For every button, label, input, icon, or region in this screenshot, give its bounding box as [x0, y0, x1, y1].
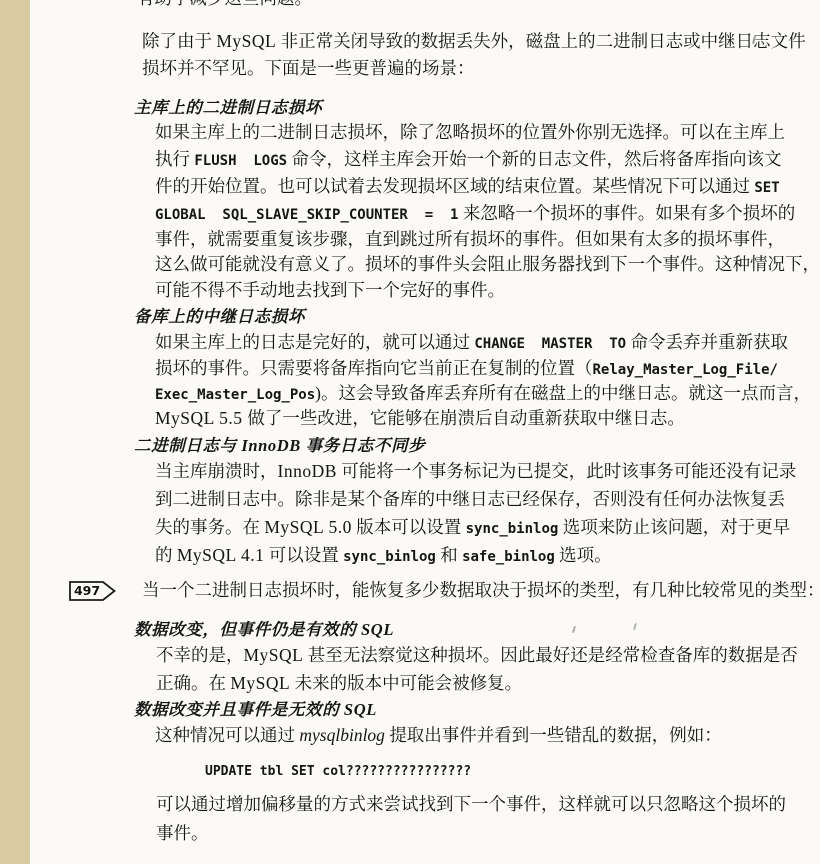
- cjk-text: 做了一些改进，它能够在崩溃后自动重新获取中继日志。: [247, 408, 685, 428]
- text-line: 的 MySQL 4.1 可以设置 sync_binlog 和 safe_binl…: [155, 545, 612, 568]
- inline-code: CHANGE MASTER TO: [474, 336, 626, 352]
- cjk-text: 未来的版本中可能会被修复。: [290, 673, 522, 693]
- inline-code: SET: [754, 180, 779, 196]
- cjk-text: 非正常关闭导致的数据丢失外，磁盘上的二进制日志或中继日志文件: [276, 31, 805, 51]
- section-heading: 主库上的二进制日志损坏: [134, 97, 322, 118]
- cjk-text: 数据改变，但事件仍是有效的 SQL: [134, 620, 394, 639]
- cjk-text: 甚至无法察觉这种损坏。因此最好还是经常检查备库的数据是否: [303, 645, 797, 665]
- cjk-text: 损坏并不罕见。下面是一些更普遍的场景：: [142, 58, 475, 78]
- text-line: 到二进制日志中。除非是某个备库的中继日志已经保存，否则没有任何办法恢复丢: [155, 489, 785, 510]
- cjk-text: 备库上的中继日志损坏: [134, 307, 305, 326]
- text-line: 当一个二进制日志损坏时，能恢复多少数据取决于损坏的类型，有几种比较常见的类型：: [142, 580, 820, 601]
- cjk-text: 有助于减少这些问题。: [137, 0, 312, 8]
- inline-code: sync_binlog: [343, 549, 436, 565]
- text-line: 当主库崩溃时，InnoDB 可能将一个事务标记为已提交，此时该事务可能还没有记录: [155, 461, 796, 482]
- inline-code: Relay_Master_Log_File/: [593, 362, 778, 378]
- latin-text: MySQL 5.5: [155, 408, 247, 428]
- section-heading: 二进制日志与 InnoDB 事务日志不同步: [134, 435, 425, 456]
- cjk-text: 当一个二进制日志损坏时，能恢复多少数据取决于损坏的类型，有几种比较常见的类型：: [142, 580, 820, 600]
- cjk-text: 损坏的事件。只需要将备库指向它当前正在复制的位置（: [155, 358, 593, 378]
- text-line: Exec_Master_Log_Pos)。这会导致备库丢弃所有在磁盘上的中继日志…: [155, 383, 811, 406]
- cjk-text: 二进制日志与 InnoDB 事务日志不同步: [134, 436, 425, 455]
- latin-text: MySQL 5.0: [264, 517, 351, 537]
- page-number: 497: [69, 581, 105, 601]
- inline-code: safe_binlog: [462, 549, 555, 565]
- latin-text: MySQL: [230, 673, 290, 693]
- text-line: 不幸的是，MySQL 甚至无法察觉这种损坏。因此最好还是经常检查备库的数据是否: [156, 645, 798, 666]
- book-page: 有助于减少这些问题。除了由于 MySQL 非正常关闭导致的数据丢失外，磁盘上的二…: [0, 0, 820, 864]
- cjk-text: 到二进制日志中。除非是某个备库的中继日志已经保存，否则没有任何办法恢复丢: [155, 489, 785, 509]
- cjk-text: 如果主库上的二进制日志损坏，除了忽略损坏的位置外你别无选择。可以在主库上: [155, 122, 785, 142]
- section-heading: 数据改变并且事件是无效的 SQL: [134, 699, 377, 720]
- cjk-text: 失的事务。在: [155, 517, 264, 537]
- cjk-text: 不幸的是，: [156, 645, 244, 665]
- cjk-text: 主库上的二进制日志损坏: [134, 98, 322, 117]
- text-line: GLOBAL SQL_SLAVE_SKIP_COUNTER = 1 来忽略一个损…: [155, 203, 795, 226]
- text-line: 这种情况可以通过 mysqlbinlog 提取出事件并看到一些错乱的数据，例如：: [155, 725, 722, 746]
- cjk-text: 版本可以设置: [352, 517, 466, 537]
- inline-code: sync_binlog: [466, 521, 559, 537]
- latin-text: MySQL 4.1: [177, 545, 264, 565]
- text-line: 正确。在 MySQL 未来的版本中可能会被修复。: [156, 673, 522, 694]
- cjk-text: 事件。: [156, 823, 209, 843]
- cjk-text: 数据改变并且事件是无效的 SQL: [134, 700, 377, 719]
- cjk-text: 当主库崩溃时，: [155, 461, 278, 481]
- text-line: 可以通过增加偏移量的方式来尝试找到下一个事件，这样就可以只忽略这个损坏的: [156, 794, 786, 815]
- text-line: 损坏并不罕见。下面是一些更普遍的场景：: [142, 58, 475, 79]
- text-line: 这么做可能就没有意义了。损坏的事件头会阻止服务器找到下一个事件。这种情况下，: [155, 254, 820, 275]
- code-line: UPDATE tbl SET col????????????????: [205, 763, 471, 780]
- cjk-text: 件的开始位置。也可以试着去发现损坏区域的结束位置。某些情况下可以通过: [155, 176, 754, 196]
- inline-code: GLOBAL SQL_SLAVE_SKIP_COUNTER = 1: [155, 207, 458, 223]
- text-line: 可能不得不手动地去找到下一个完好的事件。: [155, 280, 505, 301]
- text-line: 除了由于 MySQL 非正常关闭导致的数据丢失外，磁盘上的二进制日志或中继日志文…: [142, 31, 806, 52]
- cjk-text: 选项。: [555, 545, 612, 565]
- text-line: MySQL 5.5 做了一些改进，它能够在崩溃后自动重新获取中继日志。: [155, 408, 685, 429]
- page-number-marker: 497: [69, 581, 116, 601]
- cjk-text: 事件，就需要重复该步骤，直到跳过所有损坏的事件。但如果有太多的损坏事件，: [155, 229, 785, 249]
- cjk-text: 可以通过增加偏移量的方式来尝试找到下一个事件，这样就可以只忽略这个损坏的: [156, 794, 786, 814]
- text-line: 事件。: [156, 823, 209, 844]
- scan-artifact: [633, 623, 637, 630]
- cjk-text: 命令丢弃并重新获取: [626, 332, 788, 352]
- text-line: 执行 FLUSH LOGS 命令，这样主库会开始一个新的日志文件，然后将备库指向…: [155, 149, 781, 172]
- inline-code: Exec_Master_Log_Pos: [155, 387, 315, 403]
- text-line: 损坏的事件。只需要将备库指向它当前正在复制的位置（Relay_Master_Lo…: [155, 358, 778, 381]
- inline-code: UPDATE tbl SET col????????????????: [205, 764, 471, 779]
- latin-text: InnoDB: [278, 461, 337, 481]
- text-line: 事件，就需要重复该步骤，直到跳过所有损坏的事件。但如果有太多的损坏事件，: [155, 229, 785, 250]
- section-heading: 数据改变，但事件仍是有效的 SQL: [134, 619, 394, 640]
- cjk-text: 执行: [155, 149, 194, 169]
- scan-artifact: [572, 626, 576, 633]
- cjk-text: 可能将一个事务标记为已提交，此时该事务可能还没有记录: [337, 461, 796, 481]
- cjk-text: 可能不得不手动地去找到下一个完好的事件。: [155, 280, 505, 300]
- text-line: 如果主库上的日志是完好的，就可以通过 CHANGE MASTER TO 命令丢弃…: [155, 332, 788, 355]
- latin-text: MySQL: [244, 645, 304, 665]
- cjk-text: 除了由于: [142, 31, 216, 51]
- cjk-text: )。这会导致备库丢弃所有在磁盘上的中继日志。就这一点而言，: [315, 383, 811, 403]
- text-line: 有助于减少这些问题。: [137, 0, 312, 9]
- cjk-text: 如果主库上的日志是完好的，就可以通过: [155, 332, 474, 352]
- cjk-text: 这么做可能就没有意义了。损坏的事件头会阻止服务器找到下一个事件。这种情况下，: [155, 254, 820, 274]
- text-line: 件的开始位置。也可以试着去发现损坏区域的结束位置。某些情况下可以通过 SET: [155, 176, 780, 199]
- inline-code: FLUSH LOGS: [194, 153, 287, 169]
- cjk-text: 正确。在: [156, 673, 230, 693]
- text-line: 如果主库上的二进制日志损坏，除了忽略损坏的位置外你别无选择。可以在主库上: [155, 122, 785, 143]
- cjk-text: 提取出事件并看到一些错乱的数据，例如：: [385, 725, 722, 745]
- book-edge-strip: [0, 0, 30, 864]
- cjk-text: 命令，这样主库会开始一个新的日志文件，然后将备库指向该文: [287, 149, 781, 169]
- cjk-text: 这种情况可以通过: [155, 725, 299, 745]
- cjk-text: 和: [436, 545, 462, 565]
- cjk-text: 的: [155, 545, 177, 565]
- cjk-text: 可以设置: [264, 545, 343, 565]
- emphasis-text: mysqlbinlog: [299, 725, 385, 745]
- cjk-text: 选项来防止该问题，对于更早: [558, 517, 790, 537]
- text-line: 失的事务。在 MySQL 5.0 版本可以设置 sync_binlog 选项来防…: [155, 517, 790, 540]
- section-heading: 备库上的中继日志损坏: [134, 306, 305, 327]
- cjk-text: 来忽略一个损坏的事件。如果有多个损坏的: [458, 203, 795, 223]
- latin-text: MySQL: [216, 31, 276, 51]
